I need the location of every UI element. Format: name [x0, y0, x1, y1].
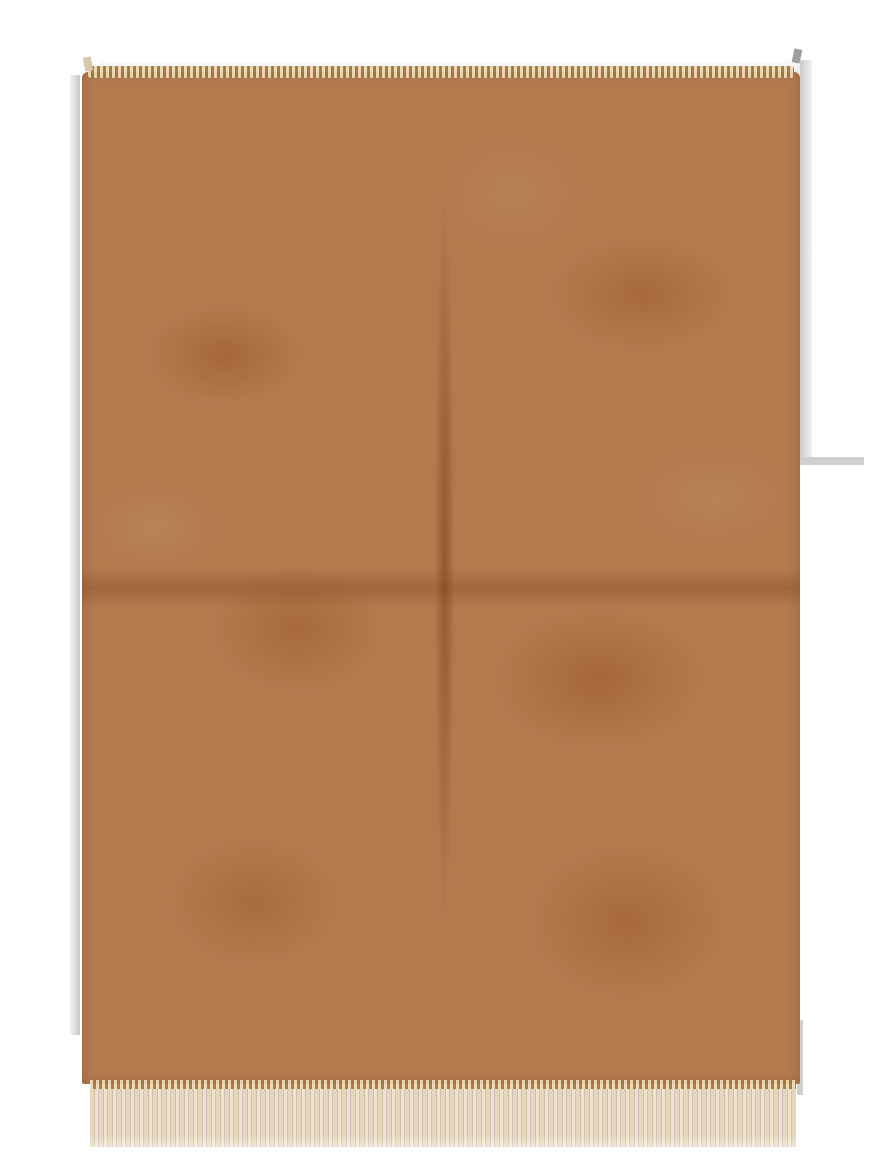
corner-tassel-left — [83, 56, 93, 71]
product-photo — [0, 0, 869, 1159]
rug-fringe — [90, 1089, 796, 1147]
background-shadow — [800, 457, 864, 465]
rug-top-border — [88, 66, 794, 78]
rug-bottom-border — [90, 1080, 796, 1089]
background-shadow — [70, 75, 80, 1035]
rug-pile — [82, 72, 800, 1084]
background-shadow — [800, 60, 812, 460]
